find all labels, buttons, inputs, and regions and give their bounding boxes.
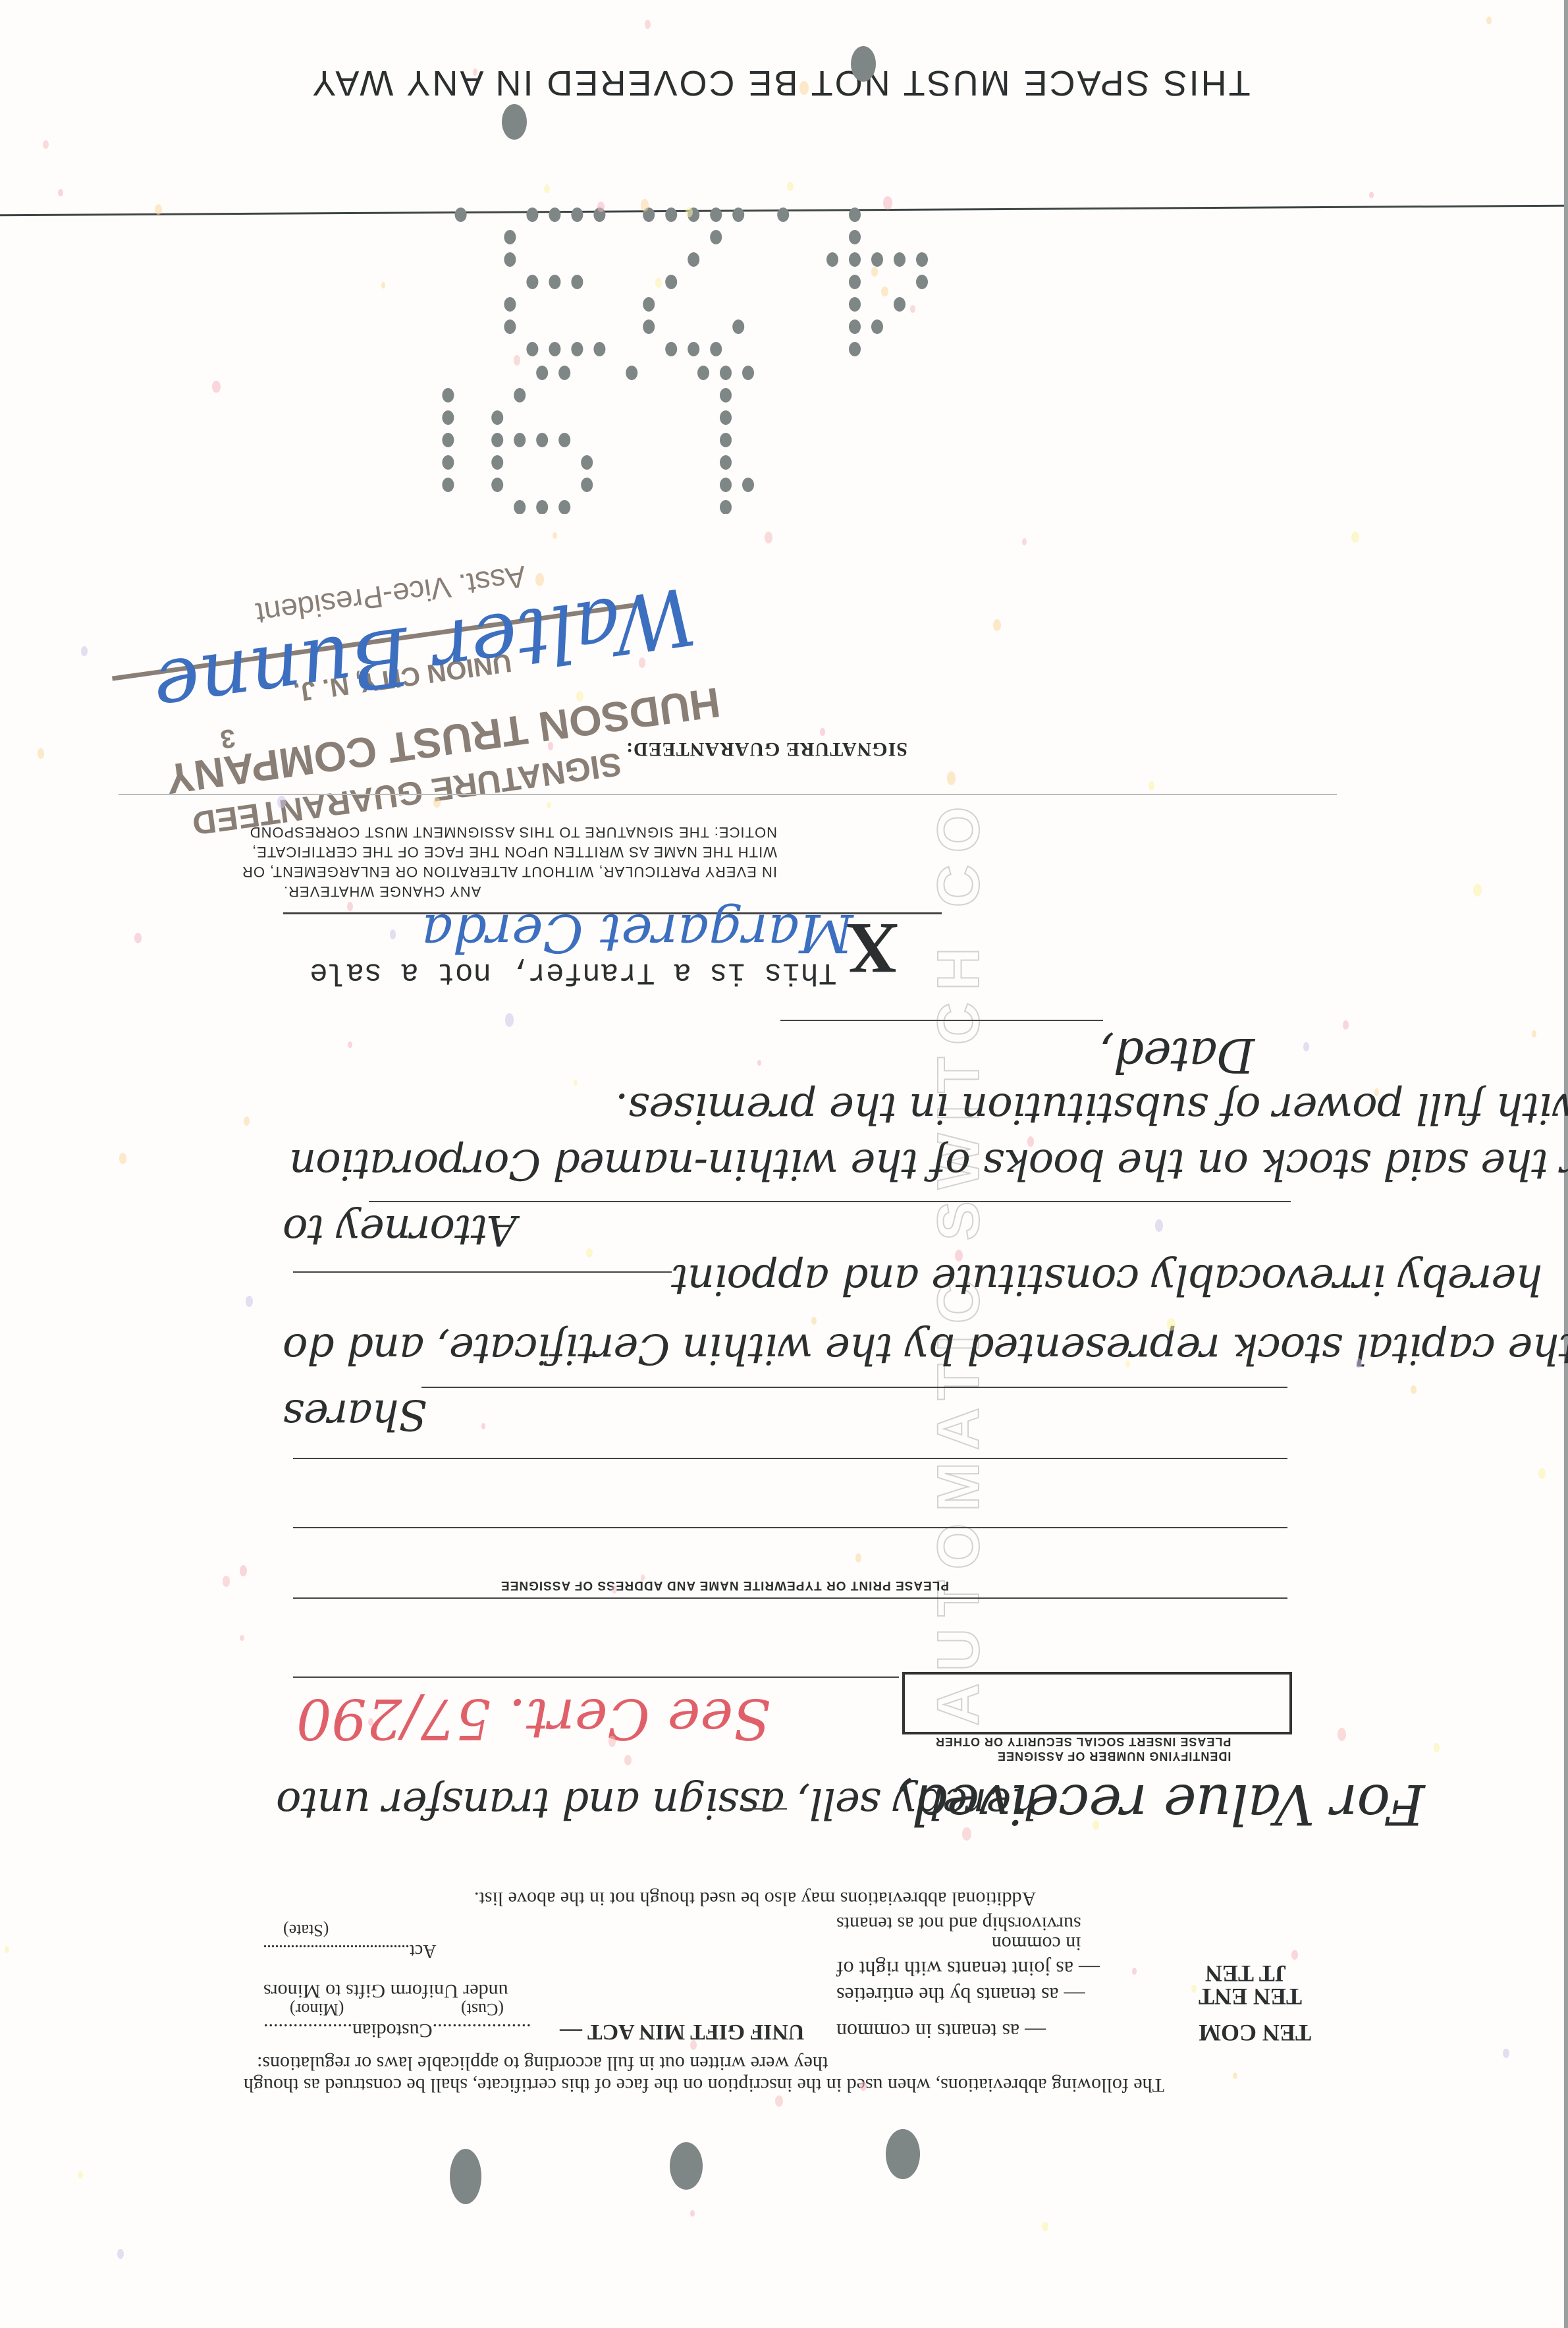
paper-speck: [5, 1946, 9, 1953]
paper-speck: [1434, 1743, 1440, 1752]
shares-line[interactable]: [421, 1387, 1287, 1388]
paper-speck: [608, 1736, 616, 1747]
paper-speck: [117, 2249, 124, 2258]
paper-speck: [624, 1755, 632, 1765]
abbrev-ten-com: TEN COM: [1199, 2019, 1311, 2047]
paper-speck: [1149, 781, 1155, 790]
paper-speck: [597, 202, 605, 212]
signature-x-mark: X: [846, 912, 898, 985]
paper-speck: [240, 1565, 247, 1576]
paper-speck: [881, 287, 888, 297]
paper-speck: [1093, 1820, 1099, 1830]
paper-speck: [119, 1153, 126, 1164]
paper-speck: [1532, 1030, 1536, 1038]
abbrev-additional: Additional abbreviations may also be use…: [474, 1887, 1036, 1910]
paper-speck: [1155, 1219, 1164, 1232]
paper-speck: [1022, 538, 1027, 545]
paper-speck: [473, 69, 477, 76]
paper-speck: [58, 189, 63, 196]
shares-label: Shares: [283, 1390, 427, 1439]
paper-speck: [860, 2082, 867, 2091]
punch-hole: [851, 46, 876, 82]
paper-speck: [645, 20, 651, 30]
paper-speck: [381, 282, 385, 288]
dated-line[interactable]: [780, 1020, 1103, 1021]
paper-speck: [348, 1041, 352, 1049]
ssn-label-line: PLEASE INSERT SOCIAL SECURITY OR OTHER: [935, 1734, 1231, 1749]
unif-gift-label: UNIF GIFT MIN ACT —: [560, 2019, 805, 2044]
dated-label: Dated,: [1100, 1028, 1255, 1083]
full-power-text: with full power of substitution in the p…: [616, 1084, 1568, 1132]
paper-speck: [855, 1553, 861, 1563]
act-label: Act: [410, 1941, 436, 1961]
abbrev-jt-ten-meaning: — as joint tenants with right of: [836, 1956, 1100, 1981]
paper-speck: [368, 1718, 373, 1726]
hereby-sell-text: hereby sell, assign and transfer unto: [277, 1779, 1038, 1827]
paper-speck: [1369, 192, 1374, 198]
paper-speck: [244, 1117, 250, 1126]
abbrev-ten-com-meaning: — as tenants in common: [836, 2019, 1046, 2043]
text-line: in common: [836, 1933, 1081, 1953]
paper-speck: [765, 532, 772, 543]
paper-speck: [544, 184, 550, 193]
red-annotation: See Cert. 57/290: [296, 1686, 770, 1751]
paper-speck: [757, 1060, 761, 1066]
appoint-line[interactable]: [293, 1271, 672, 1273]
paper-speck: [1233, 2072, 1237, 2080]
paper-speck: [690, 2040, 697, 2050]
notice-line: ANY CHANGE WHATEVER.: [283, 881, 777, 901]
paper-speck: [43, 140, 49, 149]
paper-speck: [1411, 1385, 1416, 1394]
abbrev-ten-ent: TEN ENT: [1199, 1983, 1302, 2010]
paper-speck: [947, 771, 956, 785]
paper-speck: [690, 2210, 695, 2217]
paper-speck: [1351, 532, 1359, 543]
act-blank[interactable]: .....................................: [263, 1941, 410, 1961]
bleed-through-text: AUTOMATIC SWITCH CO: [925, 540, 978, 1726]
paper-speck: [433, 798, 440, 808]
paper-speck: [1303, 1042, 1310, 1051]
paper-speck: [1473, 884, 1482, 897]
assignee-address-line[interactable]: [293, 1597, 1287, 1599]
paper-speck: [1191, 1985, 1197, 1993]
punch-hole: [502, 104, 527, 140]
attorney-line[interactable]: [369, 1201, 1291, 1202]
perforated-cancellation: [435, 198, 935, 514]
paper-speck: [686, 207, 693, 217]
paper-speck: [38, 748, 44, 759]
paper-speck: [1291, 1950, 1298, 1960]
paper-speck: [799, 81, 809, 95]
custodian-field[interactable]: ....................Custodian...........…: [263, 2019, 531, 2041]
dash: [741, 1808, 787, 1810]
paper-speck: [576, 691, 583, 702]
paper-speck: [641, 1574, 645, 1581]
paper-speck: [212, 381, 220, 393]
transfer-text: transfer the said stock on the books of …: [290, 1140, 1568, 1188]
ssn-label-line: IDENTIFYING NUMBER OF ASSIGNEE: [935, 1749, 1231, 1763]
paper-speck: [277, 796, 286, 808]
assignee-line[interactable]: [293, 1527, 1287, 1528]
paper-speck: [535, 573, 544, 586]
ssn-label: IDENTIFYING NUMBER OF ASSIGNEE PLEASE IN…: [935, 1734, 1231, 1763]
abbrev-intro-2: they were written out in full according …: [257, 2052, 828, 2074]
notice-line: WITH THE NAME AS WRITTEN UPON THE FACE O…: [283, 842, 777, 862]
notice-line: IN EVERY PARTICULAR, WITHOUT ALTERATION …: [283, 862, 777, 881]
paper-speck: [993, 619, 1001, 631]
cust-label: (Cust): [461, 1999, 504, 2019]
paper-speck: [514, 355, 520, 366]
punch-hole: [450, 2149, 481, 2204]
paper-speck: [347, 902, 353, 911]
abbrev-ten-ent-meaning: — as tenants by the entireties: [836, 1983, 1085, 2007]
paper-speck: [1042, 2222, 1048, 2231]
paper-speck: [641, 199, 649, 211]
paper-speck: [1132, 1968, 1137, 1975]
notice-block: ANY CHANGE WHATEVER. IN EVERY PARTICULAR…: [283, 822, 777, 901]
paper-speck: [1343, 1020, 1349, 1030]
cust-blank[interactable]: ..................: [263, 2020, 352, 2041]
paper-speck: [553, 532, 557, 539]
paper-speck: [223, 1576, 230, 1586]
paper-speck: [1125, 1360, 1130, 1368]
paper-speck: [481, 1423, 485, 1429]
paper-speck: [505, 1013, 514, 1026]
paper-speck: [155, 204, 162, 215]
punch-hole: [670, 2142, 703, 2190]
punch-hole: [886, 2129, 920, 2179]
custodian-label: Custodian: [352, 2020, 433, 2041]
paper-speck: [1356, 1358, 1363, 1368]
paper-speck: [1538, 1468, 1545, 1479]
minor-blank[interactable]: ....................: [433, 2020, 531, 2041]
paper-speck: [240, 1635, 244, 1641]
assignee-line[interactable]: [293, 1458, 1287, 1459]
paper-speck: [390, 929, 396, 939]
paper-speck: [910, 305, 915, 313]
irrevocably-text: hereby irrevocably constitute and appoin…: [672, 1255, 1542, 1304]
header-notice: THIS SPACE MUST NOT BE COVERED IN ANY WA…: [263, 63, 1297, 103]
assignee-label: PLEASE PRINT OR TYPEWRITE NAME AND ADDRE…: [500, 1578, 949, 1592]
jt-ten-continuation: in common survivorship and not as tenant…: [836, 1914, 1081, 1953]
paper-speck: [820, 728, 825, 735]
paper-speck: [81, 646, 88, 656]
minor-label: (Minor): [290, 1999, 344, 2019]
paper-speck: [78, 2171, 82, 2178]
certificate-back-page: THIS SPACE MUST NOT BE COVERED IN ANY WA…: [0, 0, 1568, 2328]
paper-speck: [134, 933, 142, 943]
paper-speck: [586, 1248, 593, 1258]
paper-speck: [775, 2095, 782, 2107]
paper-speck: [1503, 2049, 1509, 2059]
guarantee-line: [119, 794, 1337, 795]
text-line: survivorship and not as tenants: [836, 1914, 1081, 1933]
assignee-name-line[interactable]: [293, 1677, 899, 1678]
paper-speck: [612, 1586, 617, 1594]
state-label: (State): [283, 1920, 329, 1940]
ssn-input-box[interactable]: [902, 1672, 1292, 1734]
abbrev-intro-1: The following abbreviations, when used i…: [244, 2074, 1164, 2096]
paper-speck: [547, 802, 551, 808]
notice-line: NOTICE: THE SIGNATURE TO THIS ASSIGNMENT…: [283, 822, 777, 842]
paper-speck: [1338, 1728, 1346, 1741]
under-ugma: under Uniform Gifts to Minors: [263, 1980, 508, 2002]
paper-speck: [787, 182, 794, 191]
attorney-label: Attorney to: [283, 1206, 517, 1254]
capital-stock-text: of the capital stock represented by the …: [283, 1324, 1568, 1373]
act-field[interactable]: Act.....................................: [263, 1940, 436, 1961]
paper-speck: [811, 1317, 817, 1325]
paper-speck: [246, 1296, 253, 1307]
paper-speck: [1486, 16, 1492, 24]
paper-speck: [574, 1080, 578, 1086]
paper-speck: [962, 1827, 971, 1841]
typed-transfer-note: This is a Tranfer, not a sale: [310, 955, 837, 989]
paper-speck: [883, 196, 892, 209]
signature-guaranteed-label: SIGNATURE GUARANTEED:: [626, 738, 907, 760]
paper-speck: [1027, 1136, 1035, 1147]
